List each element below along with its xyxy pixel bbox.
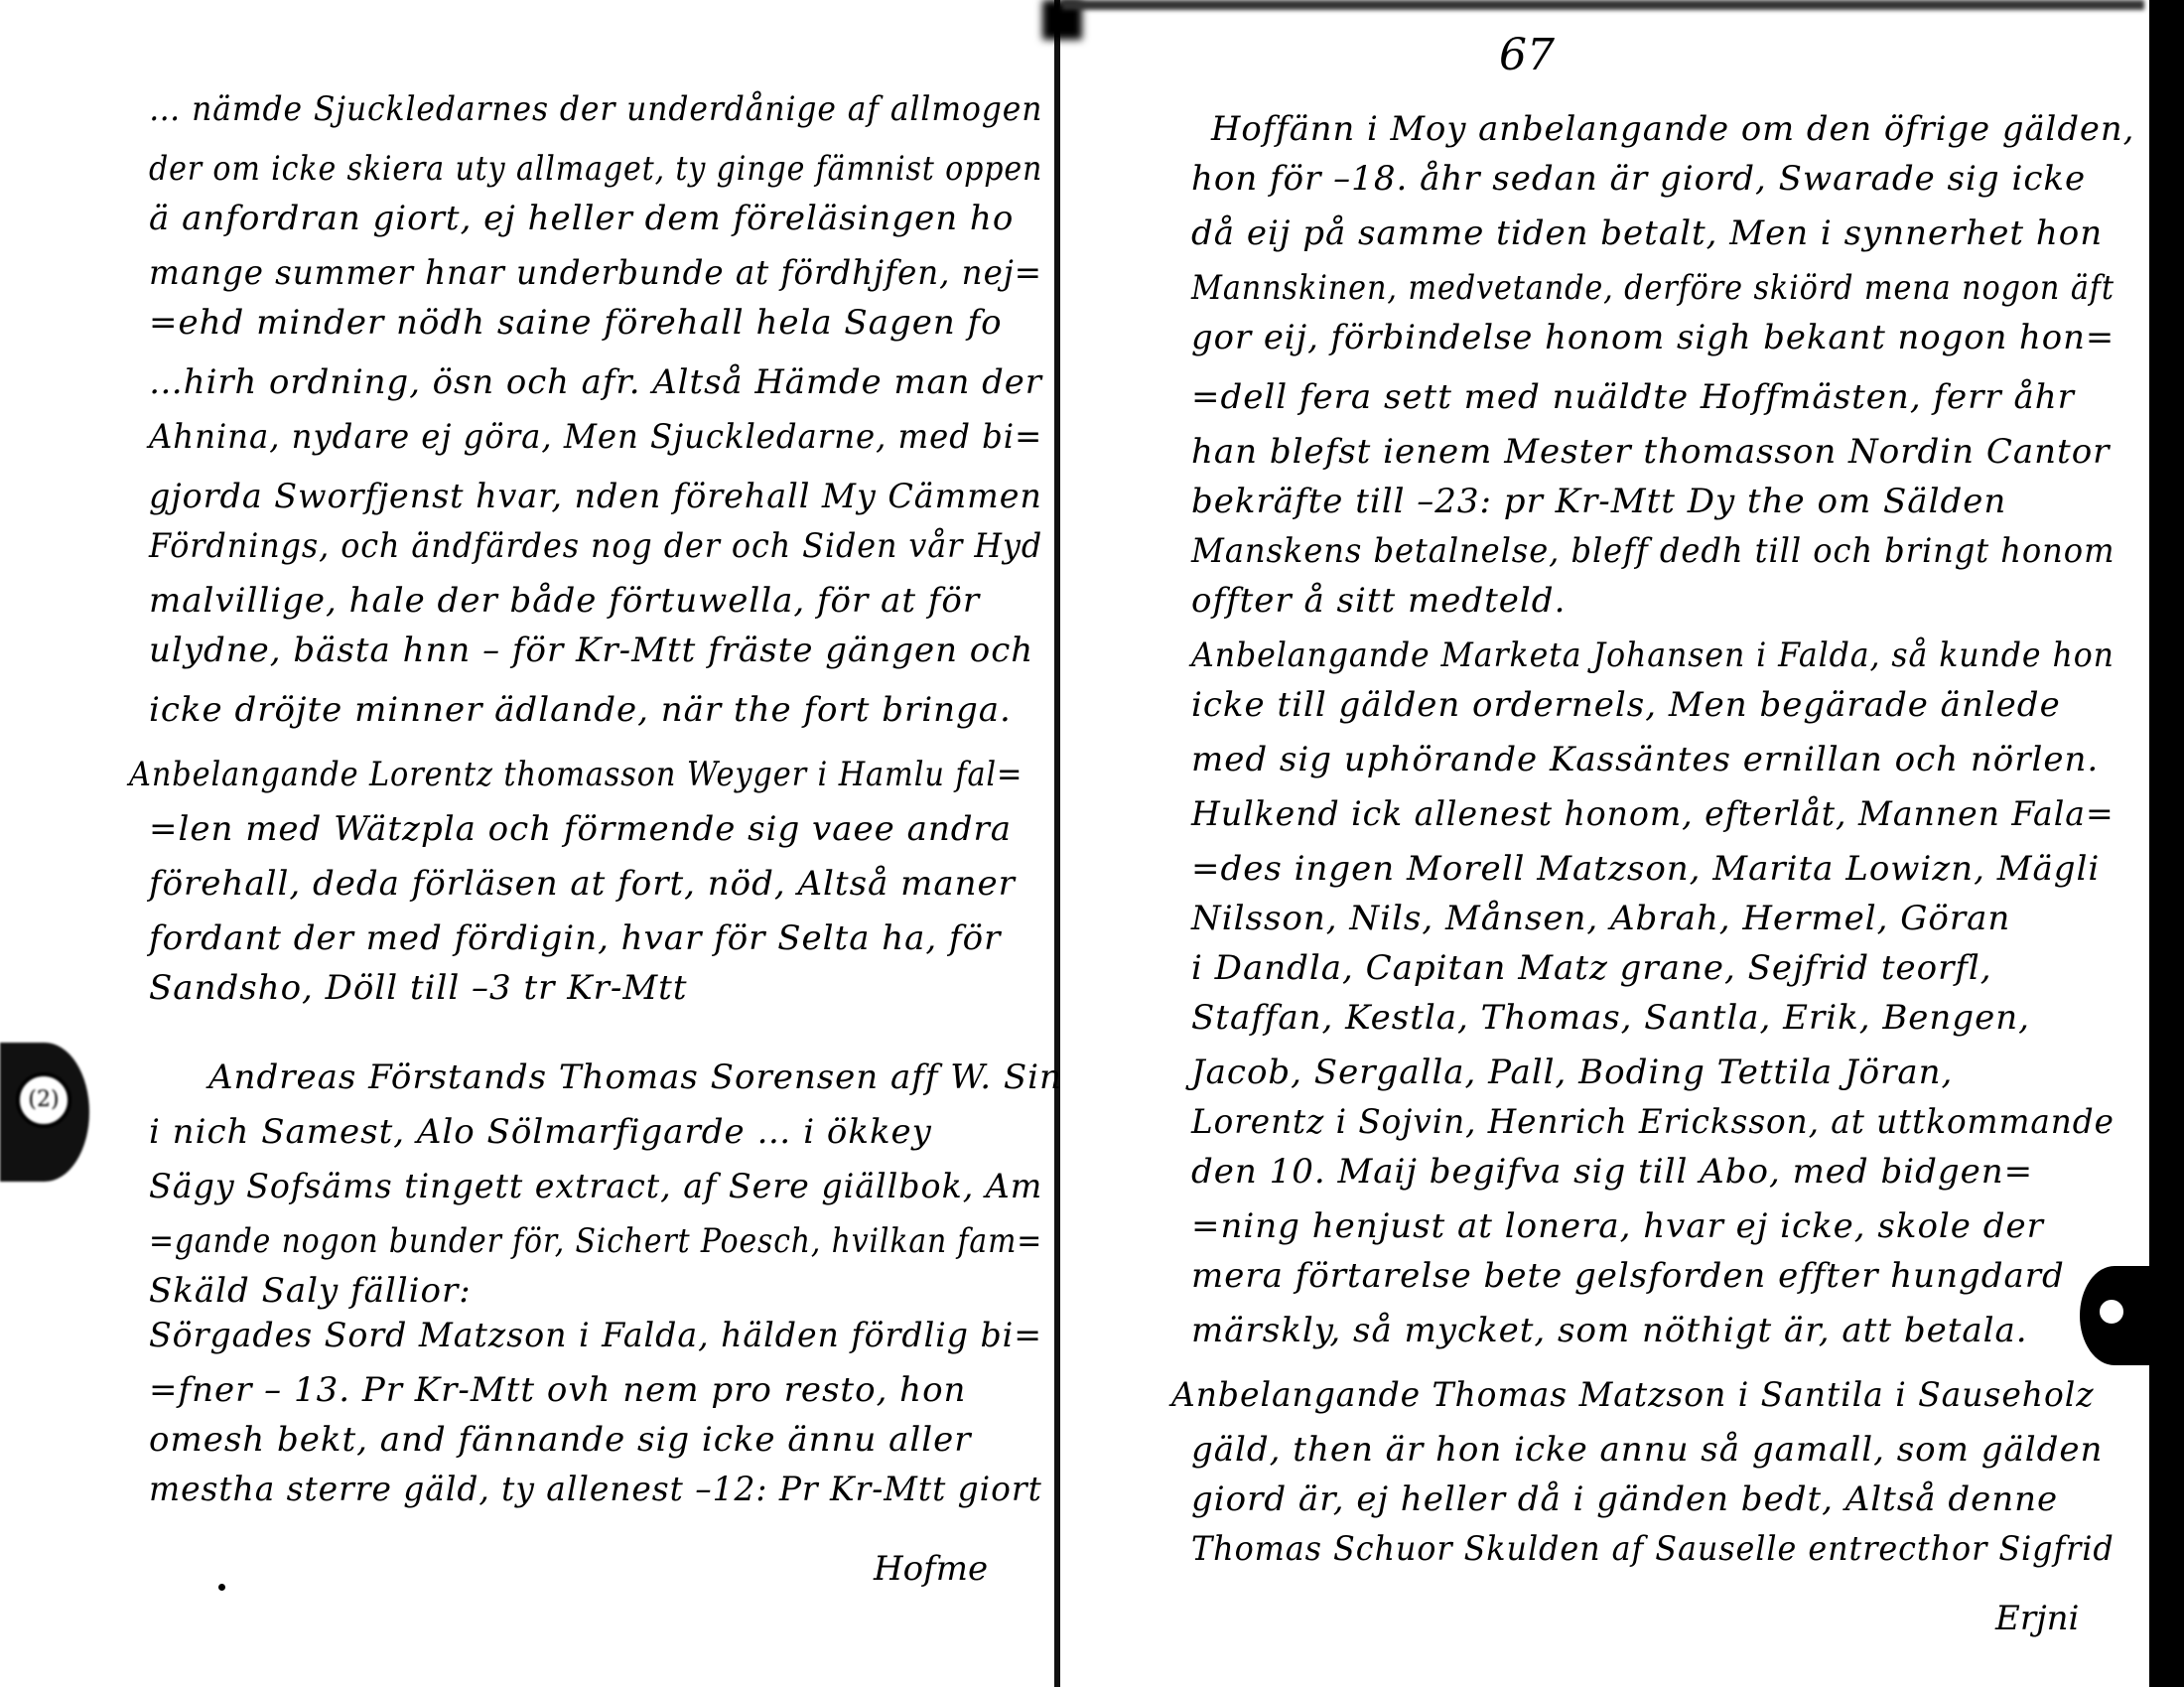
text-line: malvillige, hale der både förtuwella, fö… xyxy=(149,581,980,621)
text-line: han blefst ienem Mester thomasson Nordin… xyxy=(1191,432,2110,472)
text-line: =des ingen Morell Matzson, Marita Lowizn… xyxy=(1191,849,2100,889)
text-line: i Dandla, Capitan Matz grane, Sejfrid te… xyxy=(1191,948,1992,988)
text-line: icke dröjte minner ädlande, när the fort… xyxy=(149,690,1012,730)
text-line: Jacob, Sergalla, Pall, Boding Tettila Jö… xyxy=(1191,1053,1953,1092)
text-line: =fner – 13. Pr Kr-Mtt ovh nem pro resto,… xyxy=(149,1370,966,1410)
text-line: =gande nogon bunder för, Sichert Poesch,… xyxy=(149,1221,1042,1261)
text-line: Anbelangande Marketa Johansen i Falda, s… xyxy=(1191,635,2115,675)
text-line: Hoffänn i Moy anbelangande om den öfrige… xyxy=(1211,109,2134,149)
text-line: med sig uphörande Kassäntes ernillan och… xyxy=(1191,740,2099,779)
binding-clip-left: (2) xyxy=(0,1043,89,1182)
text-line: Andreas Förstands Thomas Sorensen aff W.… xyxy=(208,1057,1062,1097)
text-line: gor eij, förbindelse honom sigh bekant n… xyxy=(1191,318,2115,357)
text-line: den 10. Maij begifva sig till Abo, med b… xyxy=(1191,1152,2033,1192)
text-line: Hulkend ick allenest honom, efterlåt, Ma… xyxy=(1191,794,2115,834)
text-line: märskly, så mycket, som nöthigt är, att … xyxy=(1191,1311,2028,1350)
text-line: Anbelangande Thomas Matzson i Santila i … xyxy=(1171,1375,2095,1415)
text-line: Nilsson, Nils, Månsen, Abrah, Hermel, Gö… xyxy=(1191,899,2010,938)
text-line: Thomas Schuor Skulden af Sauselle entrec… xyxy=(1191,1529,2115,1569)
page-number: 67 xyxy=(1499,30,1555,80)
text-line: gjorda Sworfjenst hvar, nden förehall My… xyxy=(149,477,1042,516)
text-line: Lorentz i Sojvin, Henrich Ericksson, at … xyxy=(1191,1102,2115,1142)
text-line: Anbelangande Lorentz thomasson Weyger i … xyxy=(129,755,1023,794)
text-line: Skäld Saly fällior: xyxy=(149,1271,472,1311)
catchword: Hofme xyxy=(874,1549,988,1589)
text-line: bekräfte till –23: pr Kr-Mtt Dy the om S… xyxy=(1191,482,2006,521)
text-line: mera förtarelse bete gelsforden effter h… xyxy=(1191,1256,2065,1296)
clip-label: (2) xyxy=(16,1072,71,1128)
text-line: gäld, then är hon icke annu så gamall, s… xyxy=(1191,1430,2103,1470)
text-line: =ning henjust at lonera, hvar ej icke, s… xyxy=(1191,1206,2044,1246)
text-line: fordant der med fördigin, hvar för Selta… xyxy=(149,918,1001,958)
text-line: offter å sitt medteld. xyxy=(1191,581,1566,621)
text-line: der om icke skiera uty allmaget, ty ging… xyxy=(149,149,1042,189)
clip-ring-icon xyxy=(2094,1294,2129,1330)
page-right-edge xyxy=(2149,0,2184,1687)
book-gutter xyxy=(1054,0,1060,1687)
catchword: Erjni xyxy=(1995,1599,2079,1638)
text-line: =ehd minder nödh saine förehall hela Sag… xyxy=(149,303,1003,343)
text-line: Manskens betalnelse, bleff dedh till och… xyxy=(1191,531,2115,571)
text-line: Staffan, Kestla, Thomas, Santla, Erik, B… xyxy=(1191,998,2030,1038)
text-line: giord är, ej heller då i gänden bedt, Al… xyxy=(1191,1479,2058,1519)
text-line: Fördnings, och ändfärdes nog der och Sid… xyxy=(149,526,1042,566)
text-line: i nich Samest, Alo Sölmarfigarde … i ökk… xyxy=(149,1112,932,1152)
text-line: förehall, deda förläsen at fort, nöd, Al… xyxy=(149,864,1016,904)
text-line: omesh bekt, and fännande sig icke ännu a… xyxy=(149,1420,972,1460)
text-line: =len med Wätzpla och förmende sig vaee a… xyxy=(149,809,1012,849)
text-line: icke till gälden ordernels, Men begärade… xyxy=(1191,685,2061,725)
binding-clip-right xyxy=(2080,1266,2149,1365)
text-line: hon för –18. åhr sedan är giord, Swarade… xyxy=(1191,159,2086,199)
text-line: … nämde Sjuckledarnes der underdånige af… xyxy=(149,89,1042,129)
text-line: mange summer hnar underbunde at fördhjfe… xyxy=(149,253,1042,293)
text-line: …hirh ordning, ösn och afr. Altså Hämde … xyxy=(149,362,1042,402)
text-line: Ahnina, nydare ej göra, Men Sjuckledarne… xyxy=(149,417,1042,457)
text-line: ulydne, bästa hnn – för Kr-Mtt fräste gä… xyxy=(149,631,1033,670)
manuscript-spread: (2) 67 … nämde Sjuckledarnes der underdå… xyxy=(0,0,2184,1687)
text-line: =dell fera sett med nuäldte Hoffmästen, … xyxy=(1191,377,2075,417)
text-line: Mannskinen, medvetande, derföre skiörd m… xyxy=(1191,268,2115,308)
text-line: Sandsho, Döll till –3 tr Kr-Mtt xyxy=(149,968,687,1008)
ink-dot xyxy=(218,1584,225,1591)
text-line: mestha sterre gäld, ty allenest –12: Pr … xyxy=(149,1470,1042,1509)
text-line: Sörgades Sord Matzson i Falda, hälden fö… xyxy=(149,1316,1042,1355)
text-line: ä anfordran giort, ej heller dem föreläs… xyxy=(149,199,1014,238)
text-line: Sägy Sofsäms tingett extract, af Sere gi… xyxy=(149,1167,1042,1206)
text-line: då eij på samme tiden betalt, Men i synn… xyxy=(1191,213,2103,253)
page-top-edge xyxy=(1062,0,2144,10)
